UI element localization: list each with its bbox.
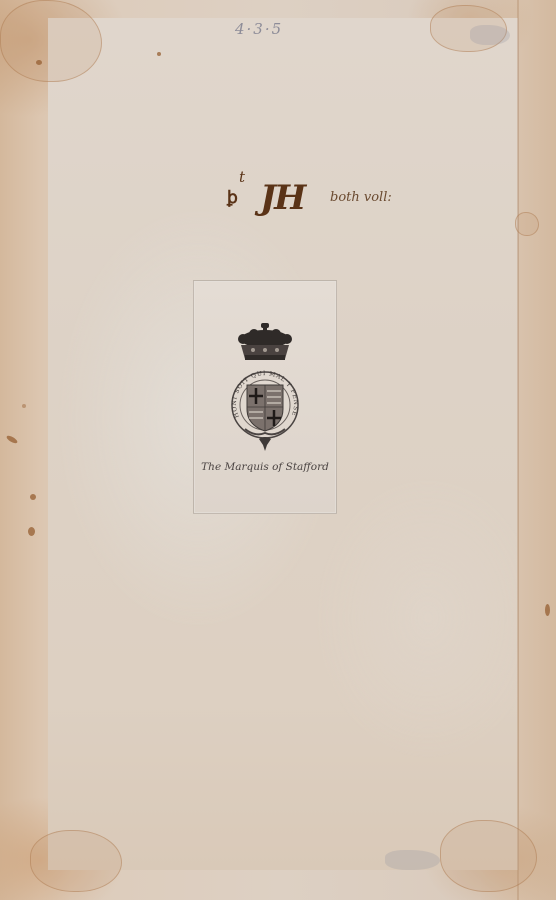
board-crease — [517, 0, 519, 900]
foxing-spot — [545, 604, 550, 616]
grey-stain — [385, 850, 440, 870]
foxing-spot — [22, 404, 26, 408]
inscription-note: both voll: — [330, 190, 392, 205]
inscription-monogram: JH — [260, 178, 304, 218]
water-stain — [440, 820, 537, 892]
foxing-spot — [6, 434, 19, 444]
pencil-shelfmark: 4·3·5 — [235, 20, 283, 38]
foxing-spot — [28, 527, 35, 536]
armorial-crest-icon: HONI SOIT QUI MAL Y PENSE — [227, 321, 303, 456]
water-stain — [30, 830, 122, 892]
bookplate-owner-name: The Marquis of Stafford — [194, 461, 336, 473]
foxing-spot — [36, 60, 42, 65]
coronet-icon — [238, 323, 292, 360]
foxing-spot — [157, 52, 161, 56]
book-board: 4·3·5 t ꝧ JH both voll: — [0, 0, 556, 900]
foxing-spot — [30, 494, 36, 500]
grey-stain — [470, 25, 510, 45]
ink-inscription: t ꝧ JH both voll: — [222, 168, 422, 228]
inscription-superscript: t — [239, 168, 245, 186]
water-stain — [0, 0, 102, 82]
inscription-number: ꝧ — [227, 188, 238, 208]
water-stain — [515, 212, 539, 236]
bookplate: HONI SOIT QUI MAL Y PENSE The Marquis of… — [193, 280, 337, 514]
